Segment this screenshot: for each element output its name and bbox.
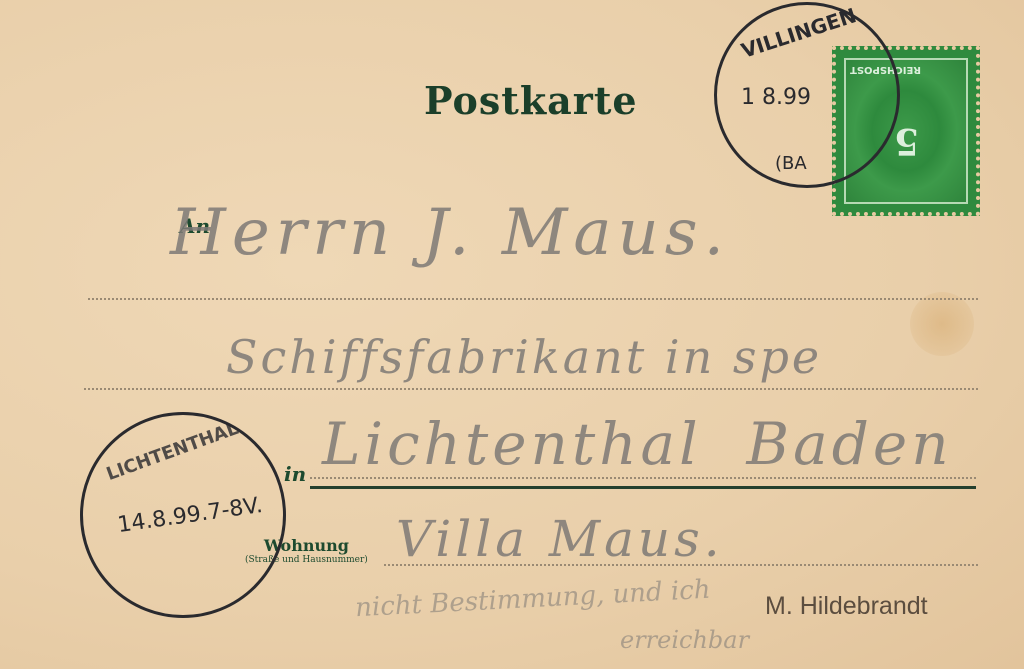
postmark-region: (BA <box>775 153 807 174</box>
stamp-value: 5 <box>894 120 919 162</box>
postcard: Postkarte An in Wohnung (Straße und Haus… <box>0 0 1024 669</box>
handwriting-line-2: Schiffsfabrikant in spe <box>226 330 822 384</box>
handwriting-line-1: Herrn J. Maus. <box>170 196 730 270</box>
address-line-1 <box>88 298 978 300</box>
postmark-town: VILLINGEN <box>738 3 859 63</box>
watermark: M. Hildebrandt <box>765 592 928 621</box>
postmark-date: 1 8.99 <box>741 85 811 110</box>
label-in: in <box>284 462 306 486</box>
handwriting-line-3: Lichtenthal Baden <box>322 410 953 478</box>
handwriting-line-6: erreichbar <box>620 626 749 654</box>
handwriting-line-5: nicht Bestimmung, und ich <box>354 575 711 624</box>
postcard-title: Postkarte <box>424 78 638 123</box>
address-line-2 <box>84 388 978 390</box>
postmark-town: LICHTENTHAL <box>104 418 242 485</box>
handwriting-line-4: Villa Maus. <box>396 510 724 568</box>
address-line-3 <box>310 486 976 489</box>
stain <box>910 292 974 356</box>
postmark-lichtenthal: LICHTENTHAL 14.8.99.7-8V. <box>80 412 286 618</box>
postmark-villingen: VILLINGEN 1 8.99 (BA <box>714 2 900 188</box>
postmark-date: 14.8.99.7-8V. <box>116 493 264 538</box>
